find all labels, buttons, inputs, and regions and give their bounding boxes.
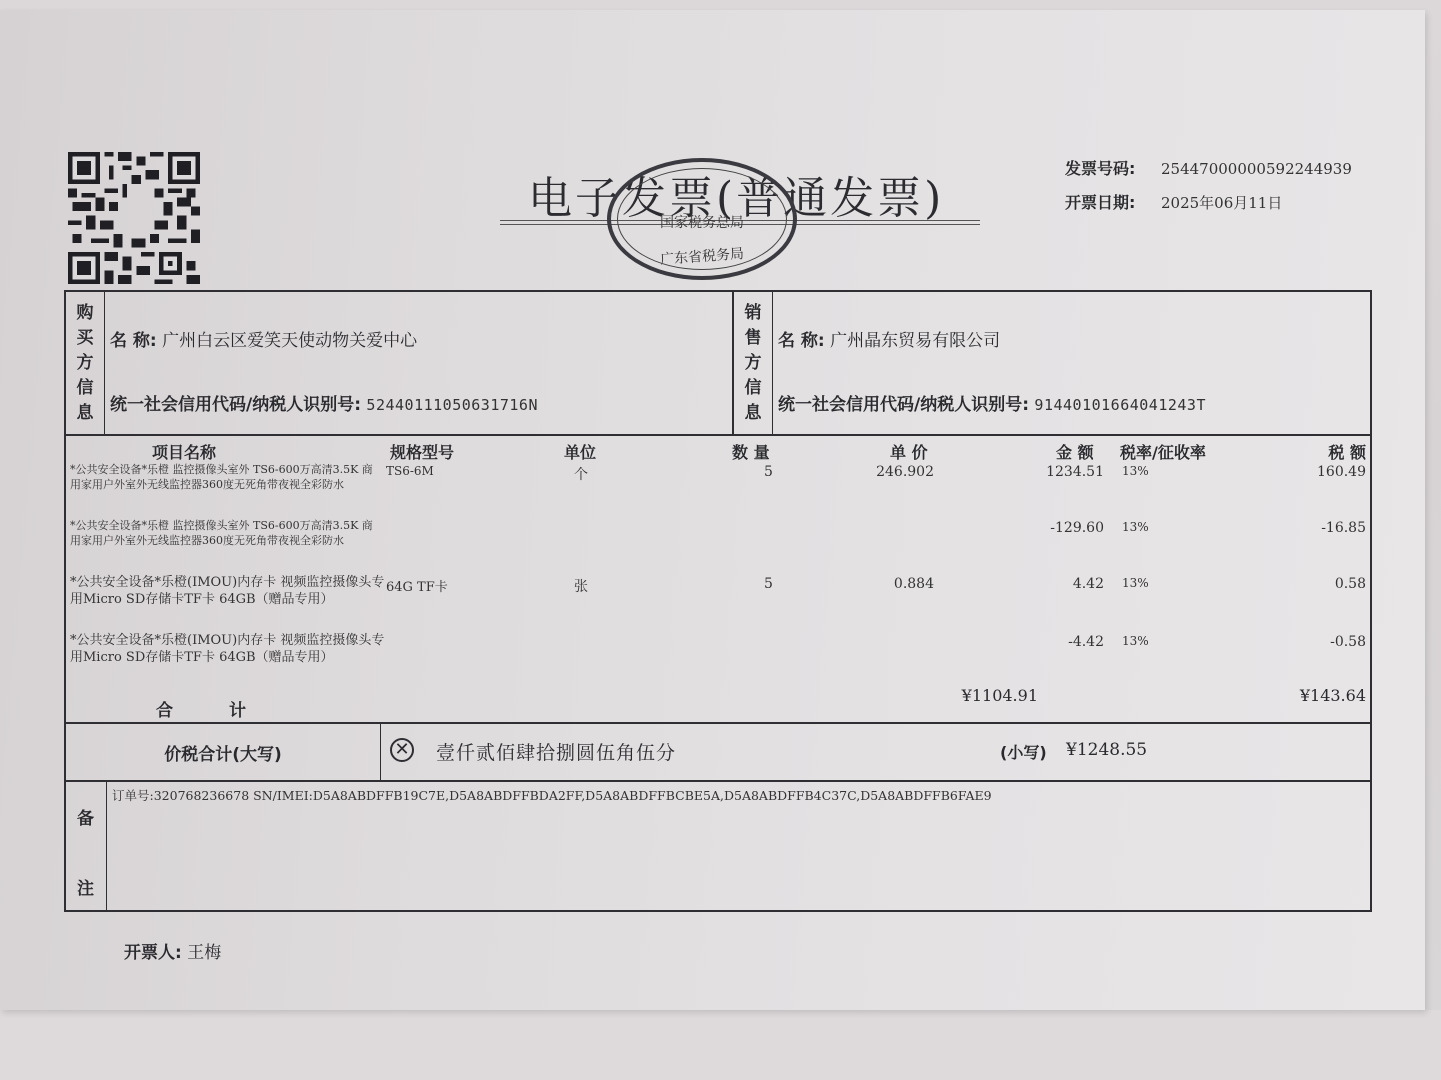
label-char: 方 bbox=[77, 351, 94, 376]
invoice-number: 25447000000592244939 bbox=[1161, 160, 1352, 178]
circled-x-icon: ✕ bbox=[390, 738, 414, 762]
seller-name-row: 名 称: 广州晶东贸易有限公司 bbox=[778, 326, 1000, 351]
label-char: 注 bbox=[77, 874, 94, 899]
item-amount: -129.60 bbox=[1050, 520, 1104, 536]
issue-date-label: 开票日期: bbox=[1065, 190, 1161, 213]
label-char: 息 bbox=[745, 401, 762, 426]
remarks-text: 订单号:320768236678 SN/IMEI:D5A8ABDFFB19C7E… bbox=[112, 786, 992, 804]
total-tax: ¥143.64 bbox=[1300, 686, 1366, 705]
seller-id-row: 统一社会信用代码/纳税人识别号: 91440101664041243T bbox=[778, 390, 1206, 415]
tax-bureau-seal: 国家税务总局 广东省税务局 bbox=[607, 158, 797, 280]
buyer-tax-id: 52440111050631716N bbox=[366, 396, 538, 414]
seal-text-1: 国家税务总局 bbox=[611, 212, 793, 232]
table-row: *公共安全设备*乐橙(IMOU)内存卡 视频监控摄像头专用Micro SD存储卡… bbox=[66, 632, 1370, 688]
issue-date-row: 开票日期: 2025年06月11日 bbox=[1065, 190, 1352, 224]
label-char: 售 bbox=[745, 326, 762, 351]
grand-total-amount: ¥1248.55 bbox=[1066, 740, 1147, 760]
label-char: 备 bbox=[77, 804, 94, 829]
issue-date: 2025年06月11日 bbox=[1161, 192, 1282, 213]
item-tax-rate: 13% bbox=[1122, 576, 1149, 590]
item-amount: 4.42 bbox=[1073, 576, 1104, 592]
buyer-section: 购 买 方 信 息 名 称: 广州白云区爱笑天使动物关爱中心 统一社会信用代码/… bbox=[66, 292, 734, 436]
item-unit: 个 bbox=[574, 464, 588, 484]
issuer-label: 开票人: bbox=[124, 943, 182, 963]
item-amount: -4.42 bbox=[1068, 634, 1104, 650]
invoice-number-row: 发票号码: 25447000000592244939 bbox=[1065, 156, 1352, 190]
grand-total-label: 价税合计(大写) bbox=[66, 724, 381, 780]
item-unit-price: 0.884 bbox=[894, 576, 934, 592]
table-row: *公共安全设备*乐橙(IMOU)内存卡 视频监控摄像头专用Micro SD存储卡… bbox=[66, 574, 1370, 630]
grand-total-row: 价税合计(大写) ✕ 壹仟贰佰肆拾捌圆伍角伍分 (小写) ¥1248.55 bbox=[66, 724, 1370, 782]
invoice-meta: 发票号码: 25447000000592244939 开票日期: 2025年06… bbox=[1065, 156, 1352, 224]
grand-total-words: 壹仟贰佰肆拾捌圆伍角伍分 bbox=[436, 738, 676, 765]
seller-name: 广州晶东贸易有限公司 bbox=[830, 331, 1000, 351]
qr-code-icon[interactable] bbox=[68, 152, 200, 284]
label-char: 息 bbox=[77, 401, 94, 426]
buyer-name: 广州白云区爱笑天使动物关爱中心 bbox=[162, 331, 417, 351]
label-char: 购 bbox=[77, 301, 94, 326]
buyer-name-row: 名 称: 广州白云区爱笑天使动物关爱中心 bbox=[110, 326, 417, 351]
item-name: *公共安全设备*乐橙(IMOU)内存卡 视频监控摄像头专用Micro SD存储卡… bbox=[70, 574, 388, 608]
seller-name-label: 名 称: bbox=[778, 331, 825, 351]
item-spec: 64G TF卡 bbox=[386, 576, 448, 595]
buyer-id-label: 统一社会信用代码/纳税人识别号: bbox=[110, 395, 361, 415]
item-qty: 5 bbox=[764, 576, 773, 592]
item-tax-rate: 13% bbox=[1122, 634, 1149, 648]
item-tax-rate: 13% bbox=[1122, 520, 1149, 534]
invoice-table: 购 买 方 信 息 名 称: 广州白云区爱笑天使动物关爱中心 统一社会信用代码/… bbox=[64, 290, 1372, 912]
invoice-paper: 电子发票(普通发票) 国家税务总局 广东省税务局 发票号码: 254470000… bbox=[0, 10, 1425, 1010]
item-unit-price: 246.902 bbox=[876, 464, 934, 480]
items-table: 项目名称 规格型号 单位 数 量 单 价 金 额 税率/征收率 税 额 *公共安… bbox=[66, 436, 1370, 724]
item-name: *公共安全设备*乐橙 监控摄像头室外 TS6-600万高清3.5K 商用家用户外… bbox=[70, 462, 380, 492]
totals-row: 合计 ¥1104.91 ¥143.64 bbox=[66, 688, 1370, 724]
background-surface bbox=[0, 1010, 1441, 1080]
remarks-section: 备 注 订单号:320768236678 SN/IMEI:D5A8ABDFFB1… bbox=[66, 782, 1370, 910]
seller-tax-id: 91440101664041243T bbox=[1034, 396, 1206, 414]
item-tax-rate: 13% bbox=[1122, 464, 1149, 478]
item-spec: TS6-6M bbox=[386, 464, 434, 478]
item-tax: 0.58 bbox=[1335, 576, 1366, 592]
grand-total-small-label: (小写) bbox=[1000, 740, 1047, 763]
item-name: *公共安全设备*乐橙(IMOU)内存卡 视频监控摄像头专用Micro SD存储卡… bbox=[70, 632, 388, 666]
buyer-id-row: 统一社会信用代码/纳税人识别号: 52440111050631716N bbox=[110, 390, 538, 415]
item-tax: -16.85 bbox=[1321, 520, 1366, 536]
item-tax: -0.58 bbox=[1330, 634, 1366, 650]
item-qty: 5 bbox=[764, 464, 773, 480]
totals-label: 合计 bbox=[156, 696, 302, 721]
remarks-label: 备 注 bbox=[66, 782, 107, 910]
label-char: 方 bbox=[745, 351, 762, 376]
item-unit: 张 bbox=[574, 576, 588, 596]
buyer-section-label: 购 买 方 信 息 bbox=[66, 292, 105, 434]
issuer: 开票人: 王梅 bbox=[124, 938, 221, 963]
item-tax: 160.49 bbox=[1317, 464, 1366, 480]
label-char: 销 bbox=[745, 301, 762, 326]
label-char: 信 bbox=[745, 376, 762, 401]
buyer-name-label: 名 称: bbox=[110, 331, 157, 351]
issuer-name: 王梅 bbox=[187, 943, 221, 963]
table-row: *公共安全设备*乐橙 监控摄像头室外 TS6-600万高清3.5K 商用家用户外… bbox=[66, 518, 1370, 574]
item-amount: 1234.51 bbox=[1046, 464, 1104, 480]
seller-section: 销 售 方 信 息 名 称: 广州晶东贸易有限公司 统一社会信用代码/纳税人识别… bbox=[734, 292, 1372, 436]
table-row: *公共安全设备*乐橙 监控摄像头室外 TS6-600万高清3.5K 商用家用户外… bbox=[66, 460, 1370, 516]
item-name: *公共安全设备*乐橙 监控摄像头室外 TS6-600万高清3.5K 商用家用户外… bbox=[70, 518, 380, 548]
invoice-number-label: 发票号码: bbox=[1065, 156, 1161, 179]
label-char: 买 bbox=[77, 326, 94, 351]
total-amount: ¥1104.91 bbox=[962, 686, 1038, 705]
seller-section-label: 销 售 方 信 息 bbox=[734, 292, 773, 434]
label-char: 信 bbox=[77, 376, 94, 401]
seller-id-label: 统一社会信用代码/纳税人识别号: bbox=[778, 395, 1029, 415]
